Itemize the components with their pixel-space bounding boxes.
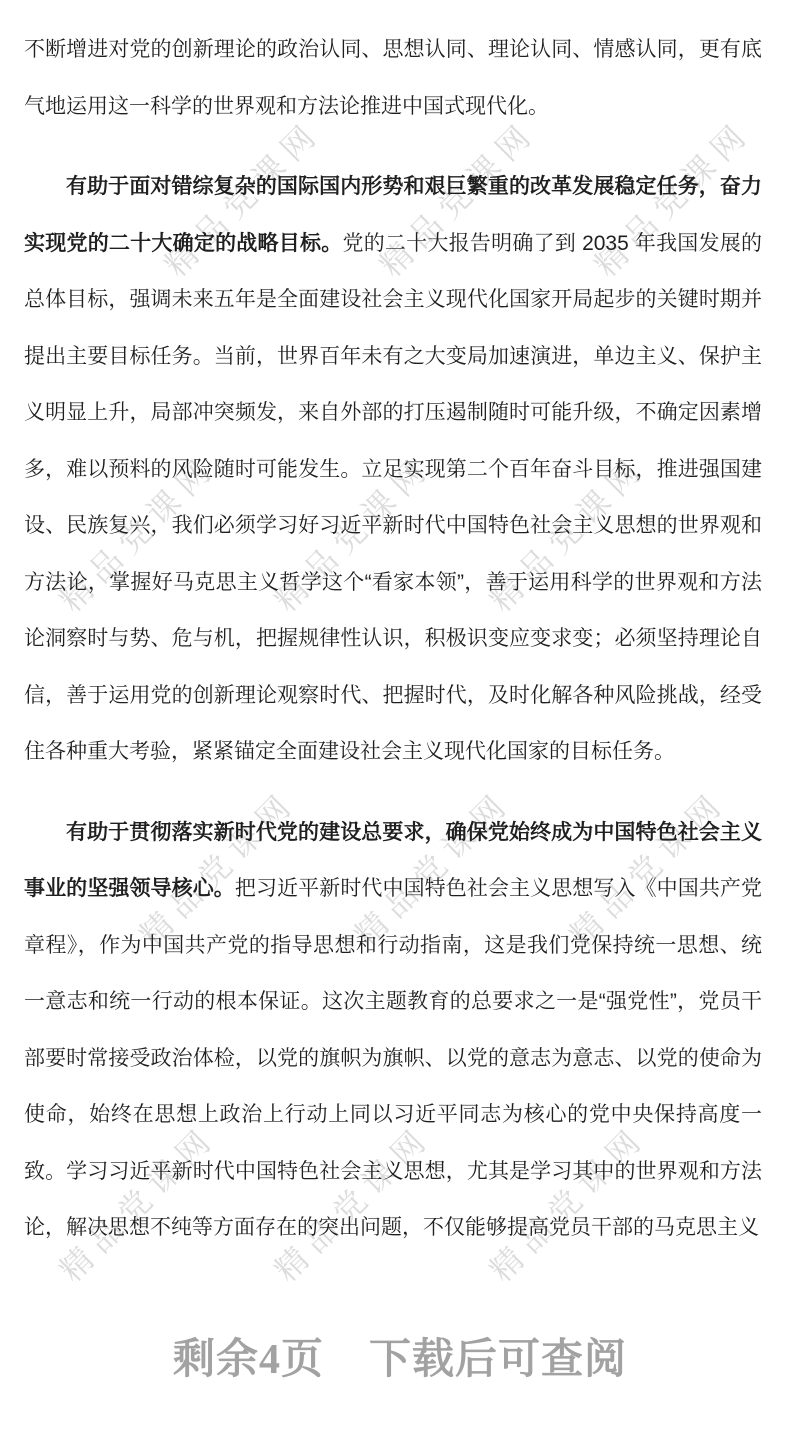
remaining-pages-text: 剩余4页 bbox=[173, 1326, 324, 1386]
download-hint-text: 下载后可查阅 bbox=[369, 1326, 627, 1386]
document-body: 不断增进对党的创新理论的政治认同、思想认同、理论认同、情感认同，更有底气地运用这… bbox=[0, 0, 800, 1257]
paragraph-text: 不断增进对党的创新理论的政治认同、思想认同、理论认同、情感认同，更有底气地运用这… bbox=[24, 38, 762, 118]
preview-footer: 剩余4页 下载后可查阅 bbox=[0, 1326, 800, 1386]
paragraph-text: 把习近平新时代中国特色社会主义思想写入《中国共产党章程》，作为中国共产党的指导思… bbox=[24, 877, 762, 1239]
paragraph-strategic-goals: 有助于面对错综复杂的国际国内形势和艰巨繁重的改革发展稳定任务，奋力实现党的二十大… bbox=[24, 159, 762, 781]
paragraph-continuation: 不断增进对党的创新理论的政治认同、思想认同、理论认同、情感认同，更有底气地运用这… bbox=[24, 22, 762, 135]
paragraph-text: 党的二十大报告明确了到 2035 年我国发展的总体目标，强调未来五年是全面建设社… bbox=[24, 232, 762, 764]
paragraph-party-building: 有助于贯彻落实新时代党的建设总要求，确保党始终成为中国特色社会主义事业的坚强领导… bbox=[24, 805, 762, 1257]
